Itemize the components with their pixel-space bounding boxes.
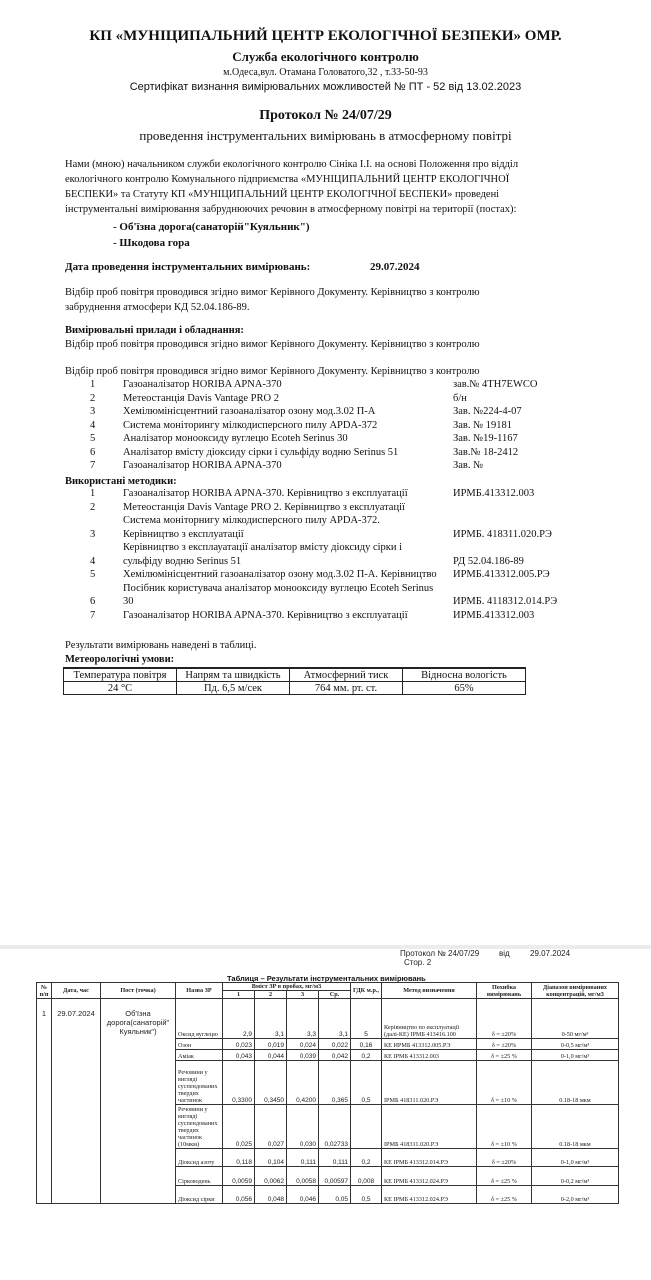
post-item: - Шкодова гора xyxy=(113,235,310,251)
method-item-name: Посібник користувача аналізатор моноокси… xyxy=(123,583,433,594)
instrument-item-name: Система моніторингу мілкодисперсного пил… xyxy=(123,420,377,431)
cell-avg: 0,00597 xyxy=(319,1167,351,1186)
results-header-row: № п/п Дата, час Пост (точка) Назва ЗР Вм… xyxy=(37,983,619,991)
instruments-note: Відбір проб повітря проводився згідно ви… xyxy=(65,366,480,377)
intro-line: Нами (мною) начальником служби екологічн… xyxy=(65,157,585,172)
cell-avg: 0,022 xyxy=(319,1039,351,1050)
meteo-temp: 24 °С xyxy=(64,682,177,695)
cell-error: δ = ±20% xyxy=(477,1039,532,1050)
cell-range: 0.18-18 мкм xyxy=(532,1061,619,1105)
cell-v2: 0,027 xyxy=(255,1105,287,1149)
instrument-item-code: Зав. №224-4-07 xyxy=(453,406,522,417)
header-substance: Назва ЗР xyxy=(176,983,223,999)
cell-v1: 0,025 xyxy=(223,1105,255,1149)
instrument-item-number: 4 xyxy=(90,420,95,431)
instrument-item: 5Аналізатор монооксиду вуглецю Ecoteh Se… xyxy=(65,433,625,447)
cell-v1: 0,0059 xyxy=(223,1167,255,1186)
cell-v2: 0,3450 xyxy=(255,1061,287,1105)
meteo-header-pressure: Атмосферний тиск xyxy=(290,668,403,682)
meteo-header-humidity: Відносна вологість xyxy=(403,668,526,682)
cell-v3: 3,3 xyxy=(287,999,319,1039)
intro-line: екологічного контролю Комунального підпр… xyxy=(65,172,585,187)
instrument-item-code: Зав. №19-1167 xyxy=(453,433,518,444)
meteo-header-wind: Напрям та швидкість xyxy=(177,668,290,682)
instruments-list: 1Газоаналізатор HORIBA APNA-370зав.№ 4TH… xyxy=(65,379,625,474)
meteo-header-temp: Температура повітря xyxy=(64,668,177,682)
sampling-line: забруднення атмосфери КД 52.04.186-89. xyxy=(65,300,585,315)
cell-range: 0-1,0 мг/м³ xyxy=(532,1050,619,1061)
cell-v3: 0,0058 xyxy=(287,1167,319,1186)
instrument-item-code: б/н xyxy=(453,393,467,404)
method-item: 3Керівництво з експлуатаціїИРМБ. 418311.… xyxy=(65,529,625,543)
method-item-code: ИРМБ.413312.003 xyxy=(453,488,534,499)
cell-substance: Аміак xyxy=(176,1050,223,1061)
methods-heading: Використані методики: xyxy=(65,476,177,487)
meteo-table: Температура повітря Напрям та швидкість … xyxy=(63,667,526,695)
method-item: 630ИРМБ. 4118312.014.РЭ xyxy=(65,596,625,610)
method-item-name: Метеостанція Davis Vantage PRO 2. Керівн… xyxy=(123,502,405,513)
cell-error: δ = ±20% xyxy=(477,999,532,1039)
posts-list: - Об'їзна дорога(санаторій"Куяльник") - … xyxy=(113,219,310,251)
header-gdk: ГДК м.р., xyxy=(351,983,382,999)
cell-v1: 0,043 xyxy=(223,1050,255,1061)
method-item-code: ИРМБ.413312.003 xyxy=(453,610,534,621)
cell-v3: 0,030 xyxy=(287,1105,319,1149)
cell-gdk: 0,008 xyxy=(351,1167,382,1186)
header-range: Діапазон вимірюваних концентрацій, мг/м3 xyxy=(532,983,619,999)
cell-range: 0.18-18 мкм xyxy=(532,1105,619,1149)
method-item-name: сульфіду водню Serinus 51 xyxy=(123,556,241,567)
instrument-item: 1Газоаналізатор HORIBA APNA-370зав.№ 4TH… xyxy=(65,379,625,393)
header-method: Метод визначення xyxy=(382,983,477,999)
method-item-code: ИРМБ. 418311.020.РЭ xyxy=(453,529,552,540)
method-item: Керівництво з експлауатації аналізатор в… xyxy=(65,542,625,556)
instrument-item-number: 1 xyxy=(90,379,95,390)
header-average: Ср. xyxy=(319,991,351,999)
instrument-item-code: Зав. № xyxy=(453,460,483,471)
header-datetime: Дата, час xyxy=(52,983,101,999)
cell-avg: 0,05 xyxy=(319,1186,351,1204)
method-item: 2Метеостанція Davis Vantage PRO 2. Керів… xyxy=(65,502,625,516)
protocol-page-1: КП «МУНІЦИПАЛЬНИЙ ЦЕНТР ЕКОЛОГІЧНОЇ БЕЗП… xyxy=(0,0,651,945)
cell-error: δ = ±25 % xyxy=(477,1050,532,1061)
cell-avg: 3,1 xyxy=(319,999,351,1039)
cell-substance: Оксид вуглецю xyxy=(176,999,223,1039)
instrument-item-name: Метеостанція Davis Vantage PRO 2 xyxy=(123,393,279,404)
instrument-item-name: Хемілюмінісцентний газоаналізатор озону … xyxy=(123,406,375,417)
header-sample-2: 2 xyxy=(255,991,287,999)
results-table: № п/п Дата, час Пост (точка) Назва ЗР Вм… xyxy=(36,982,619,1204)
cell-gdk: 0,5 xyxy=(351,1186,382,1204)
meteo-humidity: 65% xyxy=(403,682,526,695)
method-item-name: Керівництво з експлауатації аналізатор в… xyxy=(123,542,402,553)
cell-range: 0-1,0 мг/м³ xyxy=(532,1149,619,1167)
instrument-item: 4Система моніторингу мілкодисперсного пи… xyxy=(65,420,625,434)
method-item-number: 7 xyxy=(90,610,95,621)
intro-line: БЕСПЕКИ» та Статуту КП «МУНІЦИПАЛЬНИЙ ЦЕ… xyxy=(65,187,585,202)
instrument-item: 3Хемілюмінісцентний газоаналізатор озону… xyxy=(65,406,625,420)
header-post: Пост (точка) xyxy=(101,983,176,999)
method-item-number: 2 xyxy=(90,502,95,513)
cell-range: 0-0,2 мг/м³ xyxy=(532,1167,619,1186)
method-item: 5Хемілюмінісцентний газоаналізатор озону… xyxy=(65,569,625,583)
cell-method: КЕ ІРМБ 413312.024.РЭ xyxy=(382,1186,477,1204)
method-item-number: 1 xyxy=(90,488,95,499)
cell-range: 0-2,0 мг/м³ xyxy=(532,1186,619,1204)
sampling-line: Відбір проб повітря проводився згідно ви… xyxy=(65,285,585,300)
instruments-note: Відбір проб повітря проводився згідно ви… xyxy=(65,339,480,350)
row-post: Об'їзна дорога(санаторій" Куяльник") xyxy=(101,999,176,1204)
header-content: Вміст ЗР в пробах, мг/м3 xyxy=(223,983,351,991)
cell-v3: 0,039 xyxy=(287,1050,319,1061)
cell-method: Керівництво по експлуатації (далі-КЕ) ІР… xyxy=(382,999,477,1039)
cell-method: ІРМБ 418311.020.РЭ xyxy=(382,1105,477,1149)
cell-substance: Діоксид сірки xyxy=(176,1186,223,1204)
results-row: 129.07.2024Об'їзна дорога(санаторій" Куя… xyxy=(37,999,619,1039)
cell-error: δ = ±10 % xyxy=(477,1105,532,1149)
certificate: Сертифікат визнання вимірювальних можлив… xyxy=(0,81,651,93)
method-item: 7Газоаналізатор HORIBA APNA-370. Керівни… xyxy=(65,610,625,624)
cell-avg: 0,02733 xyxy=(319,1105,351,1149)
method-item-name: Система моніторнигу мілкодисперсного пил… xyxy=(123,515,380,526)
cell-avg: 0,111 xyxy=(319,1149,351,1167)
protocol-title: Протокол № 24/07/29 xyxy=(0,108,651,124)
date-label: Дата проведення інструментальних вимірюв… xyxy=(65,261,310,273)
instrument-item: 6Аналізатор вмісту діоксиду сірки і суль… xyxy=(65,447,625,461)
method-item: 1Газоаналізатор HORIBA APNA-370. Керівни… xyxy=(65,488,625,502)
cell-v1: 2,9 xyxy=(223,999,255,1039)
address: м.Одеса,вул. Отамана Головатого,32 , т.3… xyxy=(0,67,651,78)
instrument-item: 7Газоаналізатор HORIBA APNA-370Зав. № xyxy=(65,460,625,474)
cell-gdk: 0,5 xyxy=(351,1061,382,1105)
instrument-item: 2Метеостанція Davis Vantage PRO 2б/н xyxy=(65,393,625,407)
method-item-code: РД 52.04.186-89 xyxy=(453,556,524,567)
cell-v2: 3,1 xyxy=(255,999,287,1039)
instrument-item-number: 2 xyxy=(90,393,95,404)
cell-v2: 0,019 xyxy=(255,1039,287,1050)
instrument-item-name: Аналізатор монооксиду вуглецю Ecoteh Ser… xyxy=(123,433,348,444)
meteo-value-row: 24 °С Пд. 6,5 м/сек 764 мм. рт. ст. 65% xyxy=(64,682,526,695)
cell-method: ІРМБ 418311.020.РЭ xyxy=(382,1061,477,1105)
meteo-heading: Метеорологічні умови: xyxy=(65,654,174,665)
header-num: № п/п xyxy=(37,983,52,999)
cell-v3: 0,4200 xyxy=(287,1061,319,1105)
cell-v2: 0,044 xyxy=(255,1050,287,1061)
header-sample-1: 1 xyxy=(223,991,255,999)
cell-gdk: 5 xyxy=(351,999,382,1039)
from-label: від xyxy=(499,949,510,958)
intro-line: інструментальні вимірювання забруднюючих… xyxy=(65,202,585,217)
method-item-name: 30 xyxy=(123,596,134,607)
cell-method: КЕ ІРМБ 413312.024.РЭ xyxy=(382,1167,477,1186)
header-error: Похибка вимірювань xyxy=(477,983,532,999)
cell-substance: Речовини у вигляді суспендованих твердих… xyxy=(176,1105,223,1149)
date-value: 29.07.2024 xyxy=(370,261,420,273)
method-item-number: 3 xyxy=(90,529,95,540)
method-item-code: ИРМБ. 4118312.014.РЭ xyxy=(453,596,557,607)
protocol-subtitle: проведення інструментальних вимірювань в… xyxy=(0,128,651,144)
header-sample-3: 3 xyxy=(287,991,319,999)
service-name: Служба екологічного контролю xyxy=(0,49,651,65)
cell-error: δ = ±25 % xyxy=(477,1167,532,1186)
row-number: 1 xyxy=(37,999,52,1204)
cell-method: КЕ ИРМБ 413312.005.РЭ xyxy=(382,1039,477,1050)
cell-method: КЕ ІРМБ 413312.014.РЭ xyxy=(382,1149,477,1167)
cell-substance: Сірководень xyxy=(176,1167,223,1186)
cell-method: КЕ ІРМБ 413312.003 xyxy=(382,1050,477,1061)
methods-list: 1Газоаналізатор HORIBA APNA-370. Керівни… xyxy=(65,488,625,623)
instrument-item-number: 7 xyxy=(90,460,95,471)
method-item-name: Хемілюмінісцентний газоаналізатор озону … xyxy=(123,569,437,580)
cell-v3: 0,024 xyxy=(287,1039,319,1050)
cell-avg: 0,042 xyxy=(319,1050,351,1061)
cell-avg: 0,365 xyxy=(319,1061,351,1105)
cell-v2: 0,104 xyxy=(255,1149,287,1167)
cell-v1: 0,023 xyxy=(223,1039,255,1050)
method-item-number: 5 xyxy=(90,569,95,580)
method-item-name: Газоаналізатор HORIBA APNA-370. Керівниц… xyxy=(123,610,408,621)
cell-v3: 0,111 xyxy=(287,1149,319,1167)
cell-range: 0-50 мг/м³ xyxy=(532,999,619,1039)
method-item-number: 6 xyxy=(90,596,95,607)
method-item: Система моніторнигу мілкодисперсного пил… xyxy=(65,515,625,529)
cell-error: δ = ±25 % xyxy=(477,1186,532,1204)
instrument-item-name: Аналізатор вмісту діоксиду сірки і сульф… xyxy=(123,447,398,458)
cell-substance: Озон xyxy=(176,1039,223,1050)
meteo-header-row: Температура повітря Напрям та швидкість … xyxy=(64,668,526,682)
method-item: 4сульфіду водню Serinus 51РД 52.04.186-8… xyxy=(65,556,625,570)
protocol-page-2: Протокол № 24/07/29 від 29.07.2024 Стор.… xyxy=(0,949,651,1280)
cell-substance: Діоксид азоту xyxy=(176,1149,223,1167)
instrument-item-code: зав.№ 4TH7EWCO xyxy=(453,379,537,390)
instrument-item-name: Газоаналізатор HORIBA APNA-370 xyxy=(123,379,282,390)
cell-gdk: 0,2 xyxy=(351,1149,382,1167)
organization-name: КП «МУНІЦИПАЛЬНИЙ ЦЕНТР ЕКОЛОГІЧНОЇ БЕЗП… xyxy=(0,28,651,45)
cell-gdk xyxy=(351,1105,382,1149)
cell-error: δ = ±20% xyxy=(477,1149,532,1167)
method-item-name: Керівництво з експлуатації xyxy=(123,529,244,540)
instrument-item-code: Зав.№ 18-2412 xyxy=(453,447,518,458)
post-item: - Об'їзна дорога(санаторій"Куяльник") xyxy=(113,219,310,235)
cell-v2: 0,048 xyxy=(255,1186,287,1204)
cell-v1: 0,118 xyxy=(223,1149,255,1167)
instrument-item-name: Газоаналізатор HORIBA APNA-370 xyxy=(123,460,282,471)
cell-v3: 0,046 xyxy=(287,1186,319,1204)
method-item-name: Газоаналізатор HORIBA APNA-370. Керівниц… xyxy=(123,488,408,499)
page-number: Стор. 2 xyxy=(404,958,431,967)
results-note: Результати вимірювань наведені в таблиці… xyxy=(65,640,256,651)
instrument-item-code: Зав. № 19181 xyxy=(453,420,512,431)
protocol-date: 29.07.2024 xyxy=(530,949,570,958)
cell-range: 0-0,5 мг/м³ xyxy=(532,1039,619,1050)
instrument-item-number: 3 xyxy=(90,406,95,417)
cell-gdk: 0,16 xyxy=(351,1039,382,1050)
protocol-reference: Протокол № 24/07/29 xyxy=(400,949,479,958)
method-item-code: ИРМБ.413312.005.РЭ xyxy=(453,569,550,580)
cell-gdk: 0,2 xyxy=(351,1050,382,1061)
instruments-heading: Вимірювальні прилади і обладнання: xyxy=(65,325,244,336)
instrument-item-number: 5 xyxy=(90,433,95,444)
meteo-pressure: 764 мм. рт. ст. xyxy=(290,682,403,695)
method-item: Посібник користувача аналізатор моноокси… xyxy=(65,583,625,597)
sampling-paragraph: Відбір проб повітря проводився згідно ви… xyxy=(65,285,585,315)
cell-error: δ = ±10 % xyxy=(477,1061,532,1105)
row-date: 29.07.2024 xyxy=(52,999,101,1204)
intro-paragraph: Нами (мною) начальником служби екологічн… xyxy=(65,157,585,217)
cell-v2: 0,0062 xyxy=(255,1167,287,1186)
meteo-wind: Пд. 6,5 м/сек xyxy=(177,682,290,695)
cell-v1: 0,056 xyxy=(223,1186,255,1204)
instrument-item-number: 6 xyxy=(90,447,95,458)
method-item-number: 4 xyxy=(90,556,95,567)
cell-substance: Речовини у вигляді суспендованих твердих… xyxy=(176,1061,223,1105)
cell-v1: 0,3300 xyxy=(223,1061,255,1105)
